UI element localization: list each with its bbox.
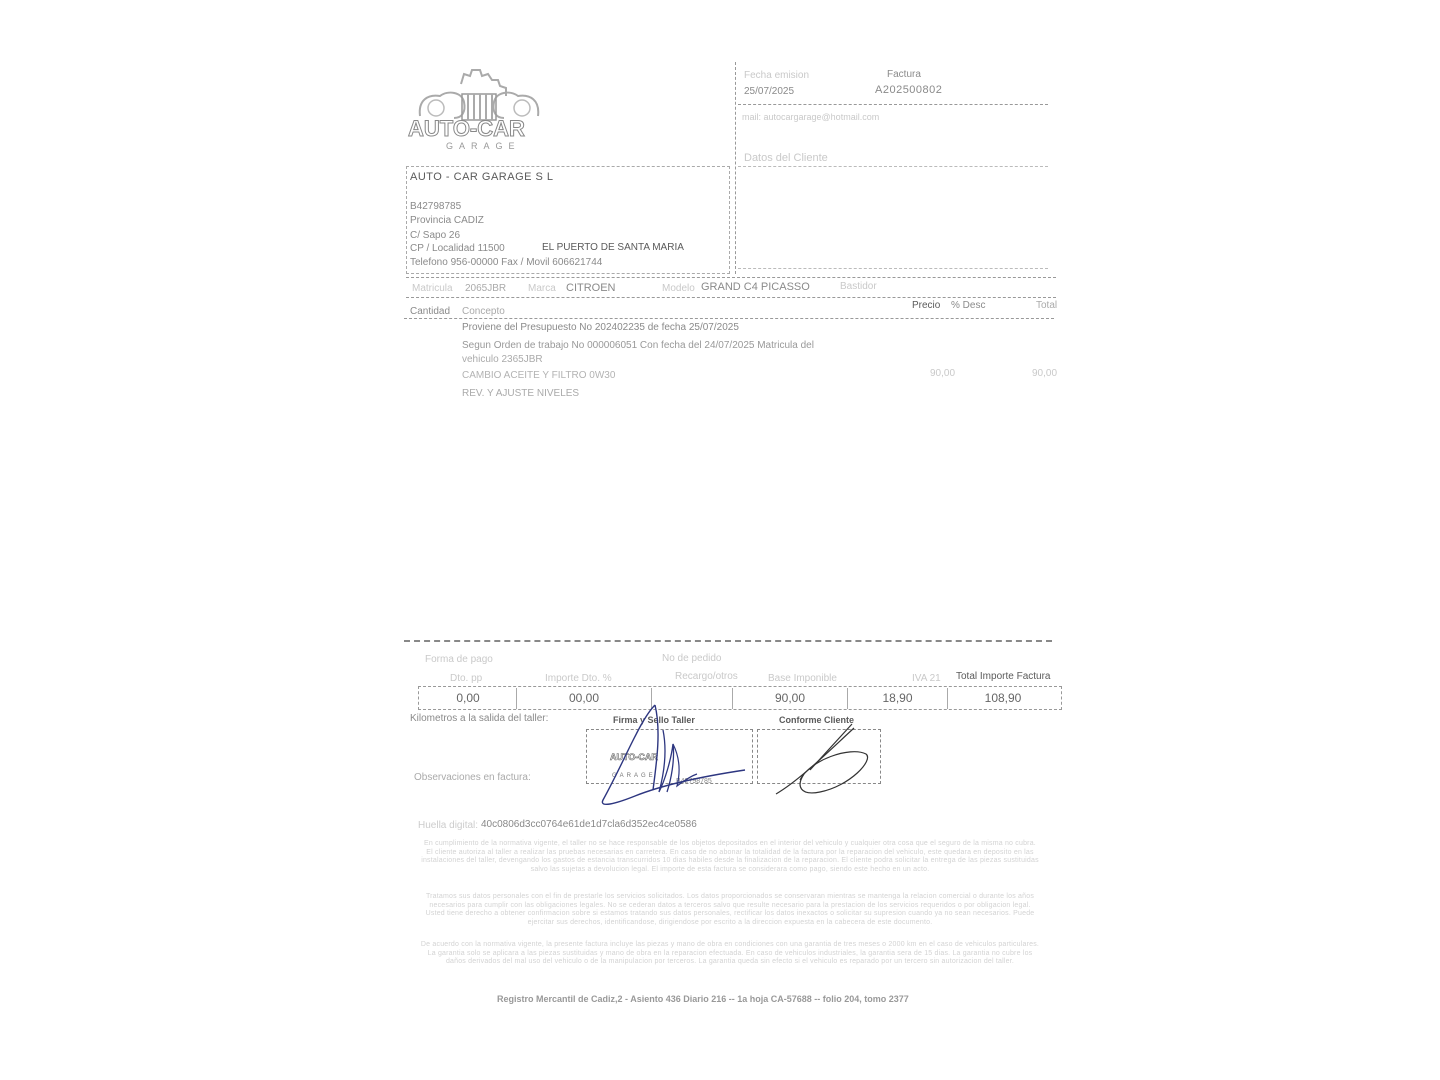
company-email: mail: autocargarage@hotmail.com xyxy=(742,112,879,122)
invoice-header-rule xyxy=(738,104,1048,105)
summary-value-total: 108,90 xyxy=(948,688,1058,709)
summary-header-base: Base Imponible xyxy=(768,673,837,684)
line-item: Segun Orden de trabajo No 000006051 Con … xyxy=(462,340,814,351)
company-tax-id: B42798785 xyxy=(410,201,461,212)
km-label: Kilometros a la salida del taller: xyxy=(410,713,548,724)
company-locality: EL PUERTO DE SANTA MARIA xyxy=(542,242,684,253)
payment-method-label: Forma de pago xyxy=(425,654,493,665)
lines-header-rule xyxy=(404,318,1054,319)
line-item: vehiculo 2365JBR xyxy=(462,354,543,365)
invoice-type-label: Factura xyxy=(887,69,921,80)
legal-paragraph-privacy: Tratamos sus datos personales con el fin… xyxy=(420,893,1040,927)
summary-value-dto-pp: 0,00 xyxy=(420,688,517,709)
workshop-signature-icon xyxy=(595,700,755,810)
hash-value: 40c0806d3cc0764e61de1d7cla6d352ec4ce0586 xyxy=(481,819,697,830)
header-divider xyxy=(735,62,736,274)
vehicle-make: CITROEN xyxy=(566,282,616,294)
logo-subtitle: GARAGE xyxy=(446,141,521,151)
summary-value-iva: 18,90 xyxy=(848,688,948,709)
vehicle-model: GRAND C4 PICASSO xyxy=(701,281,810,293)
invoice-date: 25/07/2025 xyxy=(744,86,794,97)
summary-header-dto-pp: Dto. pp xyxy=(450,673,482,684)
summary-header-importe-dto: Importe Dto. % xyxy=(545,673,612,684)
client-rule-bottom xyxy=(738,268,1048,269)
legal-paragraph-liability: En cumplimiento de la normativa vigente,… xyxy=(420,840,1040,874)
vehicle-plate: 2065JBR xyxy=(465,283,506,294)
hash-label: Huella digital: xyxy=(418,820,478,831)
col-header-concept: Concepto xyxy=(462,306,505,317)
vehicle-bastidor-label: Bastidor xyxy=(840,281,877,292)
summary-header-recargo: Recargo/otros xyxy=(675,671,738,682)
company-logo: AUTO-CAR GARAGE xyxy=(406,68,556,154)
vehicle-model-label: Modelo xyxy=(662,283,695,294)
col-header-price: Precio xyxy=(912,300,940,311)
line-item-total: 90,00 xyxy=(1032,368,1057,379)
line-item: CAMBIO ACEITE Y FILTRO 0W30 xyxy=(462,370,615,381)
summary-header-iva: IVA 21 xyxy=(912,673,941,684)
company-name: AUTO - CAR GARAGE S L xyxy=(410,171,554,183)
vehicle-rule-top xyxy=(406,277,1056,278)
vehicle-plate-label: Matricula xyxy=(412,283,453,294)
company-address: C/ Sapo 26 xyxy=(410,230,460,241)
col-header-qty: Cantidad xyxy=(410,306,450,317)
observations-label: Observaciones en factura: xyxy=(414,772,531,783)
line-item: Proviene del Presupuesto No 202402235 de… xyxy=(462,322,739,333)
company-phones: Telefono 956-00000 Fax / Movil 606621744 xyxy=(410,257,602,268)
client-signature-icon xyxy=(770,720,880,800)
summary-header-total: Total Importe Factura xyxy=(956,671,1050,682)
col-header-total: Total xyxy=(1036,300,1057,311)
company-province: Provincia CADIZ xyxy=(410,215,484,226)
logo-wordmark: AUTO-CAR xyxy=(408,116,525,142)
order-number-label: No de pedido xyxy=(662,653,722,664)
company-postal-code: CP / Localidad 11500 xyxy=(410,243,505,254)
client-rule-top xyxy=(738,166,1048,167)
client-section-label: Datos del Cliente xyxy=(744,152,828,164)
line-item-price: 90,00 xyxy=(930,368,955,379)
invoice-date-label: Fecha emision xyxy=(744,70,809,81)
invoice-number: A202500802 xyxy=(875,84,942,96)
line-item: REV. Y AJUSTE NIVELES xyxy=(462,388,579,399)
vehicle-rule-bottom xyxy=(406,297,1056,298)
registry-footer: Registro Mercantil de Cadiz,2 - Asiento … xyxy=(497,994,909,1004)
summary-rule-top xyxy=(404,640,1052,642)
legal-paragraph-warranty: De acuerdo con la normativa vigente, la … xyxy=(420,941,1040,967)
col-header-discount: % Desc xyxy=(951,300,985,311)
vehicle-make-label: Marca xyxy=(528,283,556,294)
